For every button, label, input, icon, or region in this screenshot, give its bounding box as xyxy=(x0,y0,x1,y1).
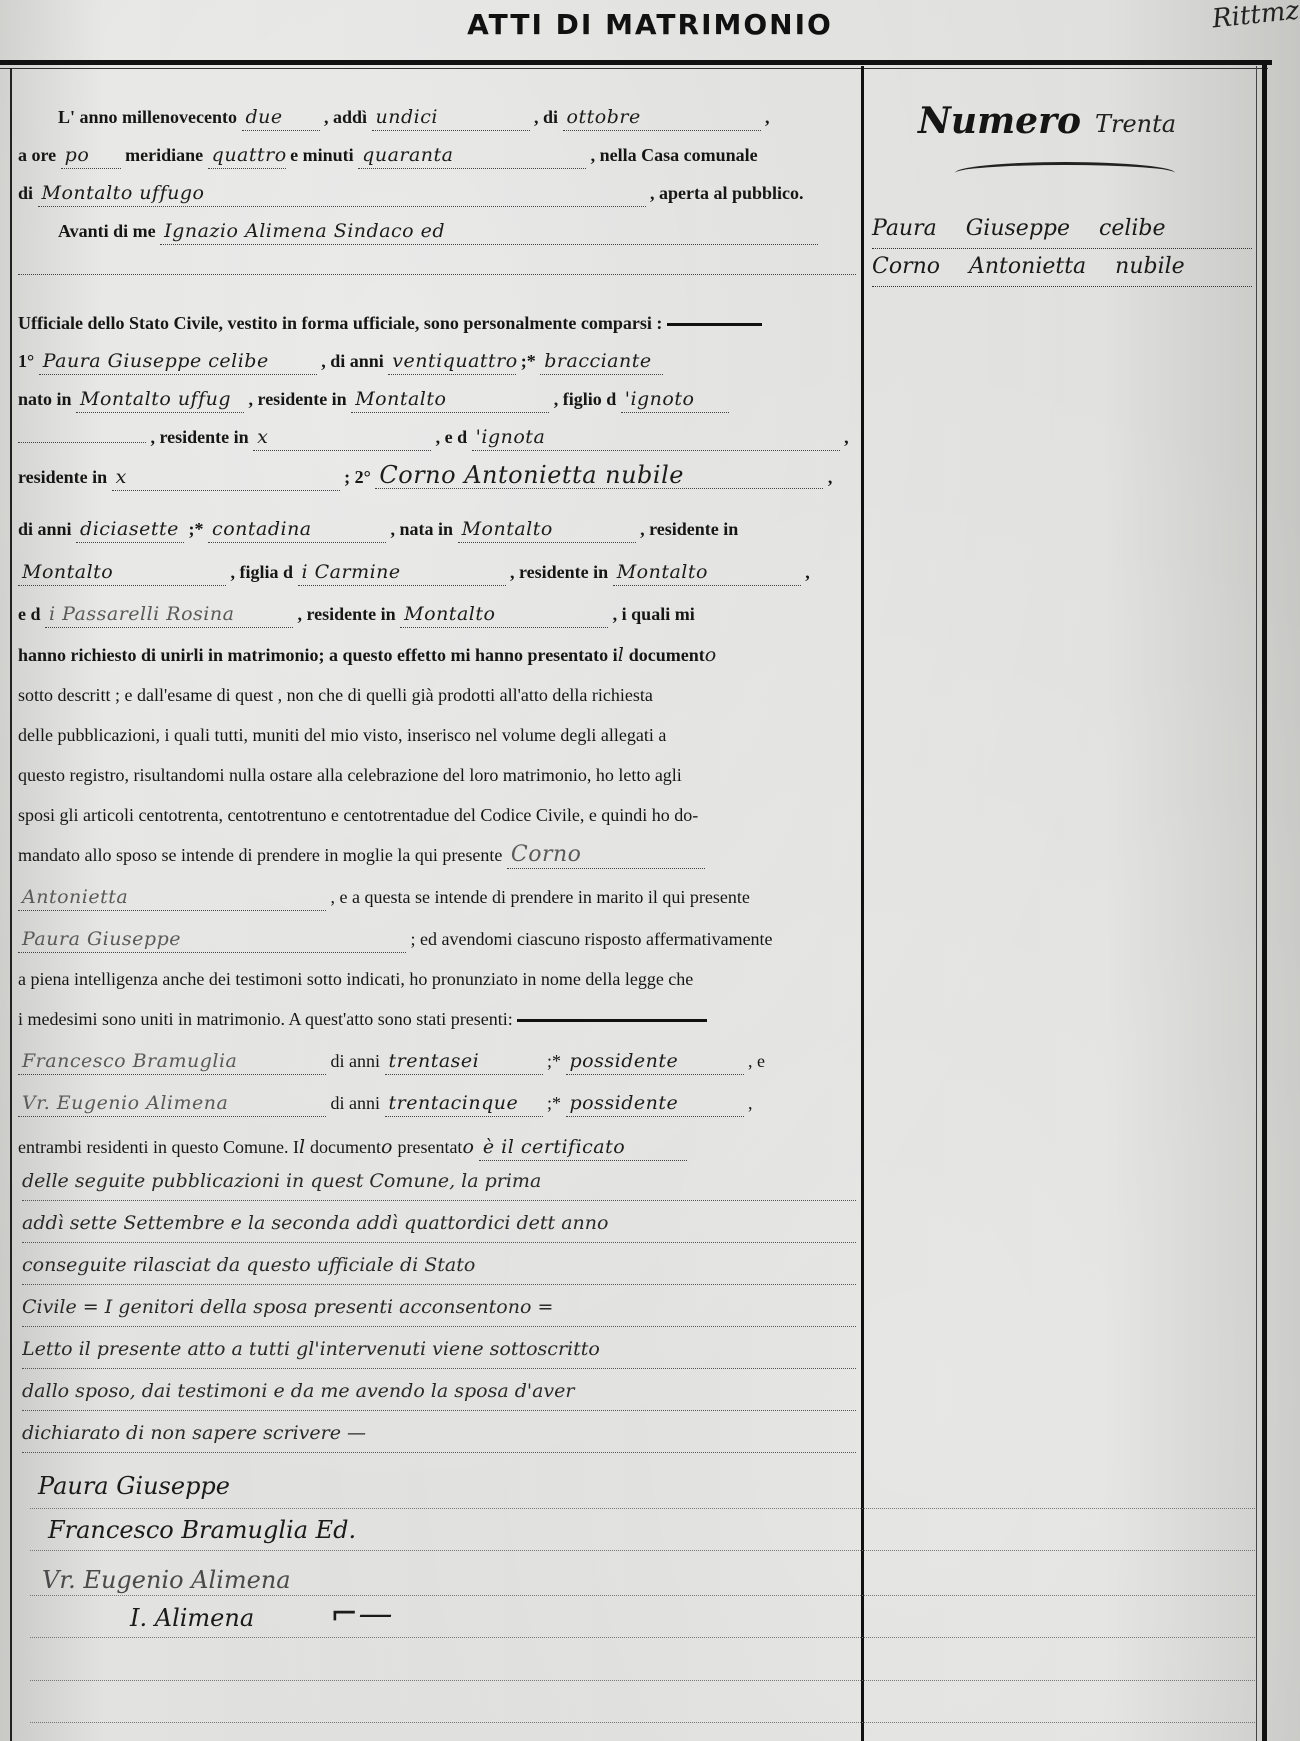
form-line-14: hanno richiesto di unirli in matrimonio;… xyxy=(18,638,856,672)
printed-text: , residente in xyxy=(298,604,396,624)
printed-text: document xyxy=(310,1137,381,1157)
printed-text: , nella Casa comunale xyxy=(591,145,758,165)
field-bride-occupation: contadina xyxy=(208,516,386,543)
field-presented-suffix: o xyxy=(462,1136,474,1158)
printed-text: ;* xyxy=(547,1093,561,1113)
field-bride-mother-residence: Montalto xyxy=(400,601,608,628)
dash-rule xyxy=(667,323,762,326)
field-bride-name: Corno Antonietta nubile xyxy=(375,462,823,489)
handwritten-line-4: Civile = I genitori della sposa presenti… xyxy=(22,1292,856,1327)
printed-text: , xyxy=(748,1093,753,1113)
field-witness1-name: Francesco Bramuglia xyxy=(18,1048,326,1075)
handwritten-line-7: dichiarato di non sapere scrivere — xyxy=(22,1418,856,1453)
printed-text: , residente in xyxy=(640,519,738,539)
field-year: due xyxy=(242,104,320,131)
printed-text: L' anno millenovecento xyxy=(58,107,237,127)
form-line-5-blank xyxy=(18,252,856,286)
printed-text: , xyxy=(765,107,770,127)
document-title: ATTI DI MATRIMONIO xyxy=(0,8,1300,41)
form-line-2: a ore po meridiane quattro e minuti quar… xyxy=(18,138,856,172)
right-border-thin xyxy=(1256,66,1257,1741)
field-groom-age: ventiquattro xyxy=(388,348,516,375)
form-line-4: Avanti di me Ignazio Alimena Sindaco ed xyxy=(18,214,896,248)
form-line-1: L' anno millenovecento due , addì undici… xyxy=(18,100,896,134)
printed-text: entrambi residenti in questo Comune. I xyxy=(18,1137,299,1157)
printed-text: , addì xyxy=(324,107,367,127)
printed-text: , residente in xyxy=(510,562,608,582)
printed-text: ;* xyxy=(521,351,536,371)
field-bride-surname: Corno xyxy=(507,842,705,869)
form-line-23: i medesimi sono uniti in matrimonio. A q… xyxy=(18,1002,856,1036)
form-line-13: e d i Passarelli Rosina , residente in M… xyxy=(18,597,856,631)
field-groom-occupation: bracciante xyxy=(540,348,663,375)
form-line-12: Montalto , figlia d i Carmine , resident… xyxy=(18,555,856,589)
field-bride-given-name: Antonietta xyxy=(18,884,326,911)
field-bride-age: diciasette xyxy=(76,516,184,543)
form-line-7: 1° Paura Giuseppe celibe , di anni venti… xyxy=(18,344,856,378)
right-border xyxy=(1262,62,1267,1741)
form-line-21: Paura Giuseppe ; ed avendomi ciascuno ri… xyxy=(18,922,856,956)
printed-text: ;* xyxy=(547,1051,561,1071)
printed-text: nato in xyxy=(18,389,72,409)
signature-witness-2: Vr. Eugenio Alimena xyxy=(42,1566,291,1594)
printed-text: i medesimi sono uniti in matrimonio. A q… xyxy=(18,1009,513,1029)
printed-text: , residente in xyxy=(249,389,347,409)
signature-rule xyxy=(30,1722,1255,1723)
printed-text: , figlio d xyxy=(554,389,617,409)
printed-text: e minuti xyxy=(290,145,354,165)
field-bride-father: i Carmine xyxy=(298,559,506,586)
field-bride-residence: Montalto xyxy=(18,559,226,586)
signature-rule xyxy=(30,1550,1255,1551)
printed-text: , residente in xyxy=(151,427,249,447)
signature-groom: Paura Giuseppe xyxy=(38,1472,230,1500)
left-border xyxy=(10,68,12,1741)
printed-text: di anni xyxy=(18,519,72,539)
printed-text: mandato allo sposo se intende di prender… xyxy=(18,845,502,865)
act-number-value: Trenta xyxy=(1095,110,1176,138)
form-line-25: Vr. Eugenio Alimena di anni trentacinque… xyxy=(18,1086,856,1120)
field-officiant: Ignazio Alimena Sindaco ed xyxy=(160,218,818,245)
printed-text: ; 2° xyxy=(344,467,371,487)
field-groom-full-name: Paura Giuseppe xyxy=(18,926,406,953)
blank-fill-line xyxy=(18,274,856,275)
field-day: undici xyxy=(372,104,530,131)
form-line-17: questo registro, risultandomi nulla osta… xyxy=(18,758,856,792)
field-groom-residence: Montalto xyxy=(351,386,549,413)
printed-text: , e a questa se intende di prendere in m… xyxy=(331,887,750,907)
printed-text: presentat xyxy=(397,1137,462,1157)
printed-text: 1° xyxy=(18,351,34,371)
field-documents-desc: è il certificato xyxy=(479,1134,687,1161)
printed-text: hanno richiesto di unirli in matrimonio;… xyxy=(18,645,618,665)
printed-text: ;* xyxy=(189,519,204,539)
form-line-22: a piena intelligenza anche dei testimoni… xyxy=(18,962,856,996)
field-witness2-occupation: possidente xyxy=(566,1090,744,1117)
field-witness1-occupation: possidente xyxy=(566,1048,744,1075)
signature-rule xyxy=(30,1637,1255,1638)
printed-text: residente in xyxy=(18,467,107,487)
top-rule-thin xyxy=(0,68,1268,69)
printed-text: , e xyxy=(748,1051,765,1071)
signature-officiant: I. Alimena xyxy=(130,1604,254,1632)
printed-text: , xyxy=(844,427,849,447)
field-groom-mother-residence: x xyxy=(112,464,340,491)
field-document-suffix: o xyxy=(705,644,717,666)
field-witness2-age: trentacinque xyxy=(385,1090,543,1117)
printed-text: di anni xyxy=(331,1051,381,1071)
form-line-18: sposi gli articoli centotrenta, centotre… xyxy=(18,798,856,832)
field-groom-birthplace: Montalto uffug xyxy=(76,386,244,413)
form-line-24: Francesco Bramuglia di anni trentasei ;*… xyxy=(18,1044,856,1078)
printed-text: , figlia d xyxy=(231,562,294,582)
form-line-11: di anni diciasette ;* contadina , nata i… xyxy=(18,512,856,546)
field-minutes: quaranta xyxy=(358,142,586,169)
printed-text: , i quali mi xyxy=(613,604,695,624)
field-groom-name: Paura Giuseppe celibe xyxy=(39,348,317,375)
signature-witness-1: Francesco Bramuglia Ed. xyxy=(48,1516,356,1544)
handwritten-line-3: conseguite rilasciat da questo ufficiale… xyxy=(22,1250,856,1285)
printed-text: meridiane xyxy=(125,145,203,165)
field-document-count: l xyxy=(618,644,625,666)
field-groom-father-residence: x xyxy=(253,424,431,451)
dash-rule xyxy=(517,1019,707,1022)
form-line-8: nato in Montalto uffug , residente in Mo… xyxy=(18,382,856,416)
printed-text: di xyxy=(18,183,33,203)
printed-text: , di anni xyxy=(321,351,384,371)
signature-flourish: ⌐— xyxy=(330,1594,393,1634)
printed-text: , xyxy=(805,562,810,582)
signature-rule xyxy=(30,1508,1255,1509)
field-documents-count: l xyxy=(299,1136,306,1158)
form-line-16: delle pubblicazioni, i quali tutti, muni… xyxy=(18,718,856,752)
field-groom-mother: 'ignota xyxy=(472,424,840,451)
handwritten-line-5: Letto il presente atto a tutti gl'interv… xyxy=(22,1334,856,1369)
form-line-20: Antonietta , e a questa se intende di pr… xyxy=(18,880,856,914)
signature-rule xyxy=(30,1595,1255,1596)
printed-text: e d xyxy=(18,604,41,624)
handwritten-line-2: addì sette Settembre e la seconda addì q… xyxy=(22,1208,856,1243)
field-groom-father: 'ignoto xyxy=(621,386,729,413)
printed-text: Ufficiale dello Stato Civile, vestito in… xyxy=(18,313,662,333)
printed-text: , nata in xyxy=(391,519,454,539)
form-line-9: , residente in x , e d 'ignota , xyxy=(18,420,856,454)
field-hour: quattro xyxy=(208,142,286,169)
field-bride-birthplace: Montalto xyxy=(458,516,636,543)
printed-text: a ore xyxy=(18,145,56,165)
field-time-period: po xyxy=(61,142,121,169)
form-line-26: entrambi residenti in questo Comune. Il … xyxy=(18,1130,856,1164)
printed-text: , e d xyxy=(436,427,468,447)
field-bride-mother: i Passarelli Rosina xyxy=(45,601,293,628)
margin-bride-name: Corno Antonietta nubile xyxy=(872,250,1252,287)
top-rule xyxy=(0,60,1272,65)
act-number-label: Numero xyxy=(918,100,1081,142)
printed-text: ; ed avendomi ciascuno risposto affermat… xyxy=(411,929,773,949)
field-witness2-name: Vr. Eugenio Alimena xyxy=(18,1090,326,1117)
printed-text: , xyxy=(828,467,833,487)
form-line-3: di Montalto uffugo , aperta al pubblico. xyxy=(18,176,856,210)
printed-text: di anni xyxy=(331,1093,381,1113)
field-municipality: Montalto uffugo xyxy=(38,180,646,207)
field-witness1-age: trentasei xyxy=(385,1048,543,1075)
column-divider xyxy=(861,66,864,1741)
form-line-6: Ufficiale dello Stato Civile, vestito in… xyxy=(18,306,856,340)
margin-groom-name: Paura Giuseppe celibe xyxy=(872,212,1252,249)
form-line-19: mandato allo sposo se intende di prender… xyxy=(18,838,856,872)
field-month: ottobre xyxy=(563,104,761,131)
printed-text: , aperta al pubblico. xyxy=(650,183,804,203)
field-bride-father-residence: Montalto xyxy=(613,559,801,586)
signature-rule xyxy=(30,1680,1255,1681)
printed-text: document xyxy=(629,645,705,665)
form-line-15: sotto descritt ; e dall'esame di quest ,… xyxy=(18,678,856,712)
form-line-10: residente in x ; 2° Corno Antonietta nub… xyxy=(18,460,856,494)
field-documents-suffix: o xyxy=(381,1136,393,1158)
blank-fill xyxy=(18,442,146,443)
handwritten-line-1: delle seguite pubblicazioni in quest Com… xyxy=(22,1166,856,1201)
printed-text: Avanti di me xyxy=(58,221,156,241)
printed-text: , di xyxy=(534,107,558,127)
handwritten-line-6: dallo sposo, dai testimoni e da me avend… xyxy=(22,1376,856,1411)
